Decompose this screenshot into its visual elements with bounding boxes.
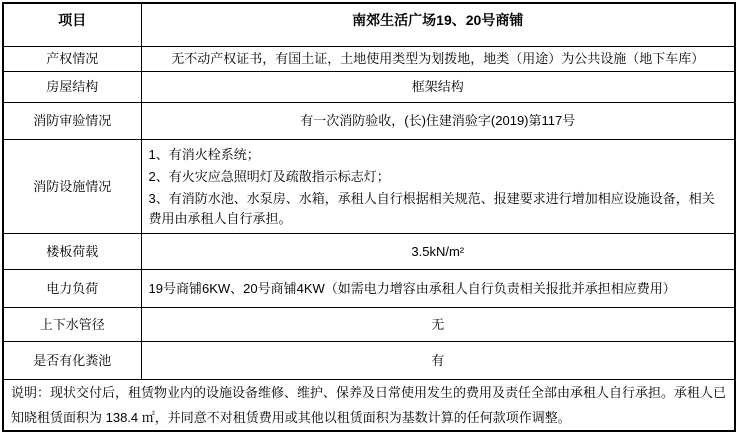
row-septic-tank: 是否有化粪池 有 <box>3 342 735 380</box>
fire-facility-line-1: 1、有消火栓系统； <box>149 144 728 166</box>
row-value: 无不动产权证书，有国土证，土地使用类型为划拨地，地类（用途）为公共设施（地下车库… <box>141 47 735 72</box>
row-property-ownership: 产权情况 无不动产权证书，有国土证，土地使用类型为划拨地，地类（用途）为公共设施… <box>3 47 735 72</box>
row-value: 无 <box>141 308 735 342</box>
row-value: 19号商铺6KW、20号商铺4KW（如需电力增容由承租人自行负责相关报批并承担相… <box>141 270 735 308</box>
row-label: 房屋结构 <box>3 72 141 103</box>
header-item-label: 项目 <box>3 3 141 47</box>
row-label: 产权情况 <box>3 47 141 72</box>
header-property-title: 南郊生活广场19、20号商铺 <box>141 3 735 47</box>
row-water-pipe-diameter: 上下水管径 无 <box>3 308 735 342</box>
fire-facility-line-2: 2、有火灾应急照明灯及疏散指示标志灯； <box>149 166 728 188</box>
note-text: 说明：现状交付后，租赁物业内的设施设备维修、维护、保养及日常使用发生的费用及责任… <box>3 380 735 432</box>
fire-facility-line-3: 3、有消防水池、水泵房、水箱，承租人自行根据相关规范、报建要求进行增加相应设施设… <box>149 188 728 230</box>
row-label: 是否有化粪池 <box>3 342 141 380</box>
row-value: 有 <box>141 342 735 380</box>
row-power-load: 电力负荷 19号商铺6KW、20号商铺4KW（如需电力增容由承租人自行负责相关报… <box>3 270 735 308</box>
property-spec-table: 项目 南郊生活广场19、20号商铺 产权情况 无不动产权证书，有国土证，土地使用… <box>2 2 736 432</box>
row-value: 有一次消防验收，(长)住建消验字(2019)第117号 <box>141 103 735 140</box>
row-label: 消防审验情况 <box>3 103 141 140</box>
row-label: 电力负荷 <box>3 270 141 308</box>
row-label: 上下水管径 <box>3 308 141 342</box>
row-note: 说明：现状交付后，租赁物业内的设施设备维修、维护、保养及日常使用发生的费用及责任… <box>3 380 735 432</box>
row-value: 框架结构 <box>141 72 735 103</box>
row-label: 消防设施情况 <box>3 140 141 234</box>
row-value: 3.5kN/m² <box>141 234 735 270</box>
row-fire-inspection: 消防审验情况 有一次消防验收，(长)住建消验字(2019)第117号 <box>3 103 735 140</box>
header-row: 项目 南郊生活广场19、20号商铺 <box>3 3 735 47</box>
row-fire-facilities: 消防设施情况 1、有消火栓系统； 2、有火灾应急照明灯及疏散指示标志灯； 3、有… <box>3 140 735 234</box>
row-floor-load: 楼板荷载 3.5kN/m² <box>3 234 735 270</box>
row-label: 楼板荷载 <box>3 234 141 270</box>
row-building-structure: 房屋结构 框架结构 <box>3 72 735 103</box>
row-value: 1、有消火栓系统； 2、有火灾应急照明灯及疏散指示标志灯； 3、有消防水池、水泵… <box>141 140 735 234</box>
